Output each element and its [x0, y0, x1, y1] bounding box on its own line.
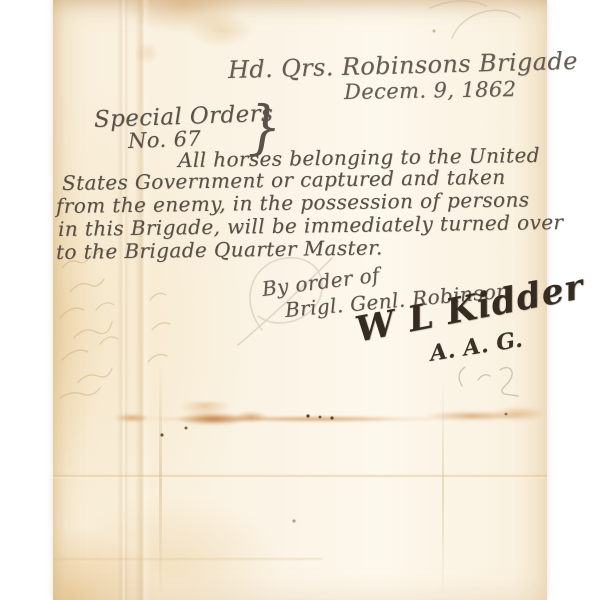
vertical-fold-crease: [117, 0, 129, 600]
stain-band: [53, 402, 547, 438]
age-specks: [53, 0, 55, 2]
vertical-fold-crease: [159, 360, 162, 600]
vertical-fold-crease: [135, 0, 151, 600]
photo-background: Hd. Qrs. Robinsons Brigade Decem. 9, 186…: [0, 0, 600, 600]
body-line-5: to the Brigade Quarter Master.: [56, 235, 383, 264]
horizontal-fold-crease: [53, 474, 547, 479]
heading-date: Decem. 9, 1862: [344, 77, 517, 104]
horizontal-fold-crease: [53, 557, 323, 561]
